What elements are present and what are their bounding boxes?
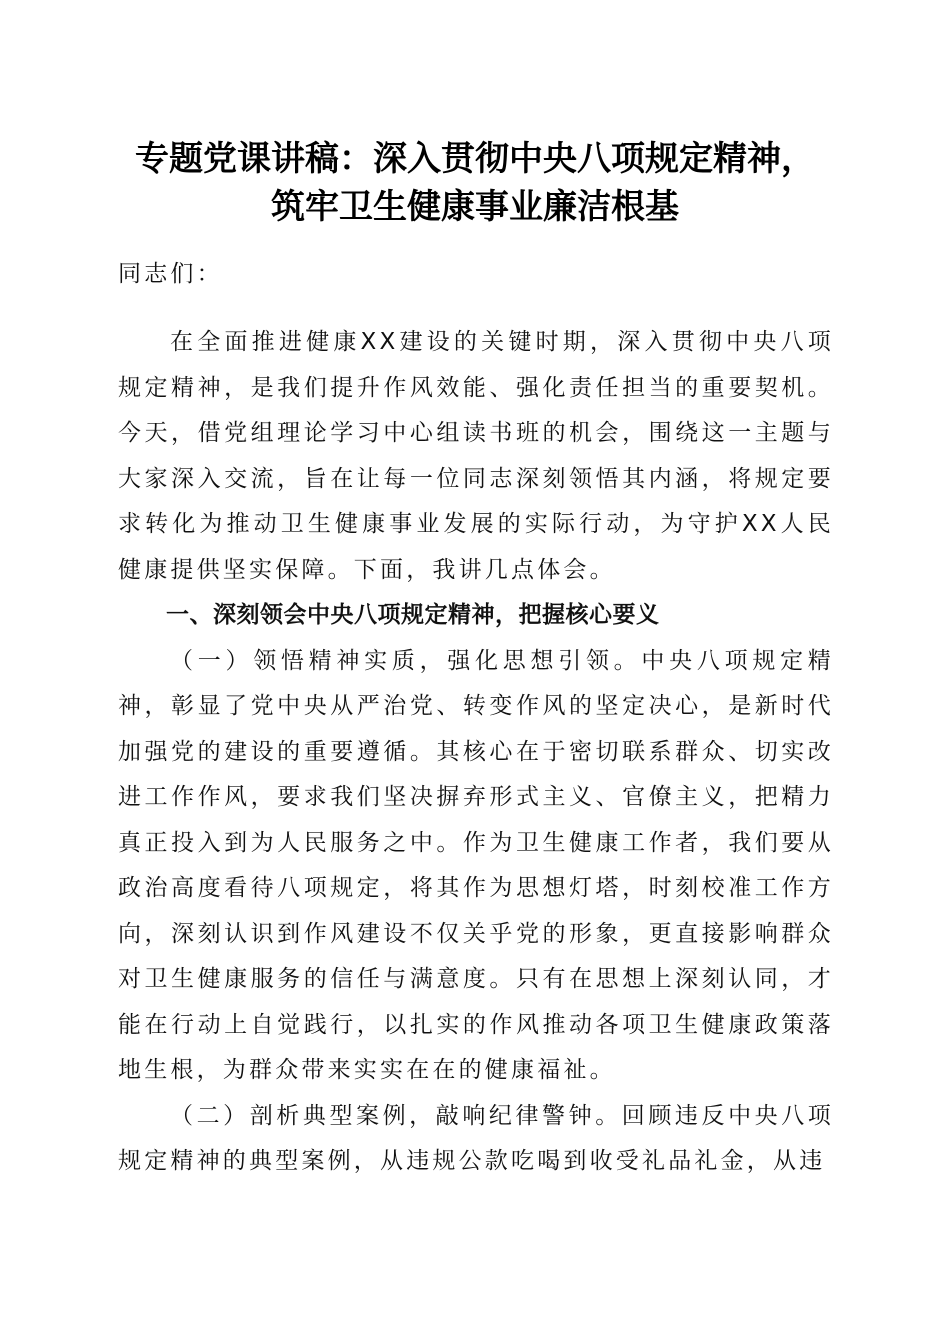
subsection-1-paragraph: （一）领悟精神实质，强化思想引领。中央八项规定精神，彰显了党中央从严治党、转变作… — [118, 639, 834, 1094]
document-page: 专题党课讲稿：深入贯彻中央八项规定精神， 筑牢卫生健康事业廉洁根基 同志们： 在… — [0, 0, 950, 1344]
subsection-1-text: 中央八项规定精神，彰显了党中央从严治党、转变作风的坚定决心，是新时代加强党的建设… — [118, 648, 834, 1084]
subsection-1-heading: （一）领悟精神实质，强化思想引领。 — [170, 648, 641, 674]
document-body: 在全面推进健康XX建设的关键时期，深入贯彻中央八项规定精神，是我们提升作风效能、… — [118, 320, 834, 1185]
document-title-line-2: 筑牢卫生健康事业廉洁根基 — [110, 182, 840, 232]
document-title-line-1: 专题党课讲稿：深入贯彻中央八项规定精神， — [110, 134, 840, 184]
salutation: 同志们： — [118, 252, 834, 298]
intro-paragraph: 在全面推进健康XX建设的关键时期，深入贯彻中央八项规定精神，是我们提升作风效能、… — [118, 320, 834, 593]
subsection-2-paragraph: （二）剖析典型案例，敲响纪律警钟。回顾违反中央八项规定精神的典型案例，从违规公款… — [118, 1094, 834, 1185]
subsection-2-heading: （二）剖析典型案例，敲响纪律警钟。 — [170, 1103, 622, 1129]
section-heading-1: 一、深刻领会中央八项规定精神，把握核心要义 — [118, 593, 834, 639]
